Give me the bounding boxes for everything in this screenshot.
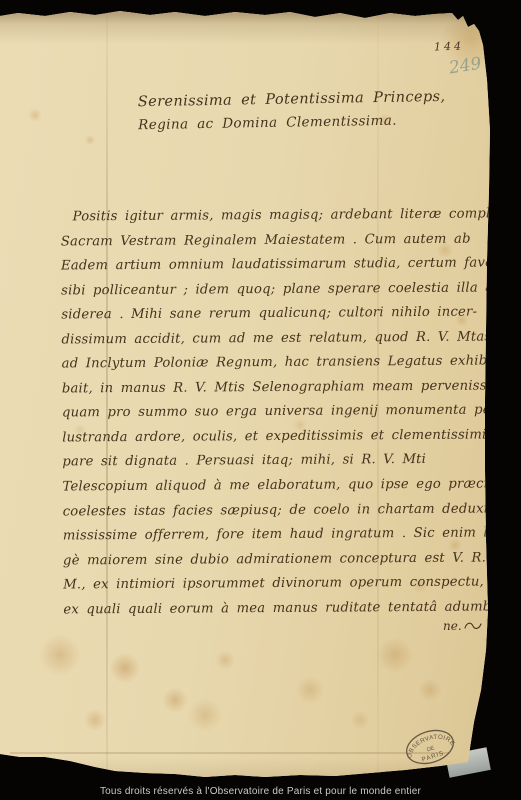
scanned-manuscript-page: 144 249 Serenissima et Potentissima Prin…: [0, 0, 521, 800]
body-line: lustranda ardore, oculis, et expeditissi…: [62, 423, 482, 450]
salutation-line-2: Regina ac Domina Clementissima.: [138, 113, 392, 133]
body-line: quam pro summo suo erga universa ingenij…: [62, 399, 482, 426]
body-line: siderea . Mihi sane rerum qualicunq; cul…: [61, 301, 481, 328]
body-line: Positis igitur armis, magis magisq; arde…: [61, 203, 481, 230]
letter-salutation-block: Serenissima et Potentissima Princeps, Re…: [138, 90, 393, 133]
body-line: Telescopium aliquod à me elaboratum, quo…: [62, 473, 482, 500]
body-line: ex quali quali eorum à mea manus ruditat…: [63, 595, 483, 622]
copyright-footer: Tous droits réservés à l'Observatoire de…: [0, 786, 521, 797]
stamp-bottom-text: PARIS: [421, 750, 445, 764]
body-line: mississime offerrem, fore item haud ingr…: [63, 522, 483, 549]
folio-number-pencil: 249: [448, 54, 483, 79]
catchword: ne.: [443, 619, 482, 633]
body-line: pare sit dignata . Persuasi itaq; mihi, …: [62, 448, 482, 475]
body-line: M., ex intimiori ipsorummet divinorum op…: [63, 571, 483, 598]
catchword-flourish-icon: [464, 621, 482, 631]
horizontal-fold-crease-bottom: [10, 752, 450, 754]
body-line: coelestes istas facies sæpiusq; de coelo…: [63, 497, 483, 524]
catchword-text: ne.: [443, 619, 462, 633]
body-line: sibi polliceantur ; idem quoq; plane spe…: [61, 276, 481, 303]
salutation-line-1: Serenissima et Potentissima Princeps,: [138, 90, 392, 110]
manuscript-paper-sheet: 144 249 Serenissima et Potentissima Prin…: [0, 0, 521, 800]
letter-body-text: Positis igitur armis, magis magisq; arde…: [61, 203, 484, 623]
body-line: bait, in manus R. V. Mtis Selenographiam…: [62, 374, 482, 401]
body-line: ad Inclytum Poloniæ Regnum, hac transien…: [62, 350, 482, 377]
body-line: Sacram Vestram Reginalem Maiestatem . Cu…: [61, 227, 481, 254]
body-line: gè maiorem sine dubio admirationem conce…: [63, 546, 483, 573]
body-line: Eadem artium omnium laudatissimarum stud…: [61, 252, 481, 279]
body-line: dissimum accidit, cum ad me est relatum,…: [61, 325, 481, 352]
folio-number-ink: 144: [434, 39, 464, 53]
